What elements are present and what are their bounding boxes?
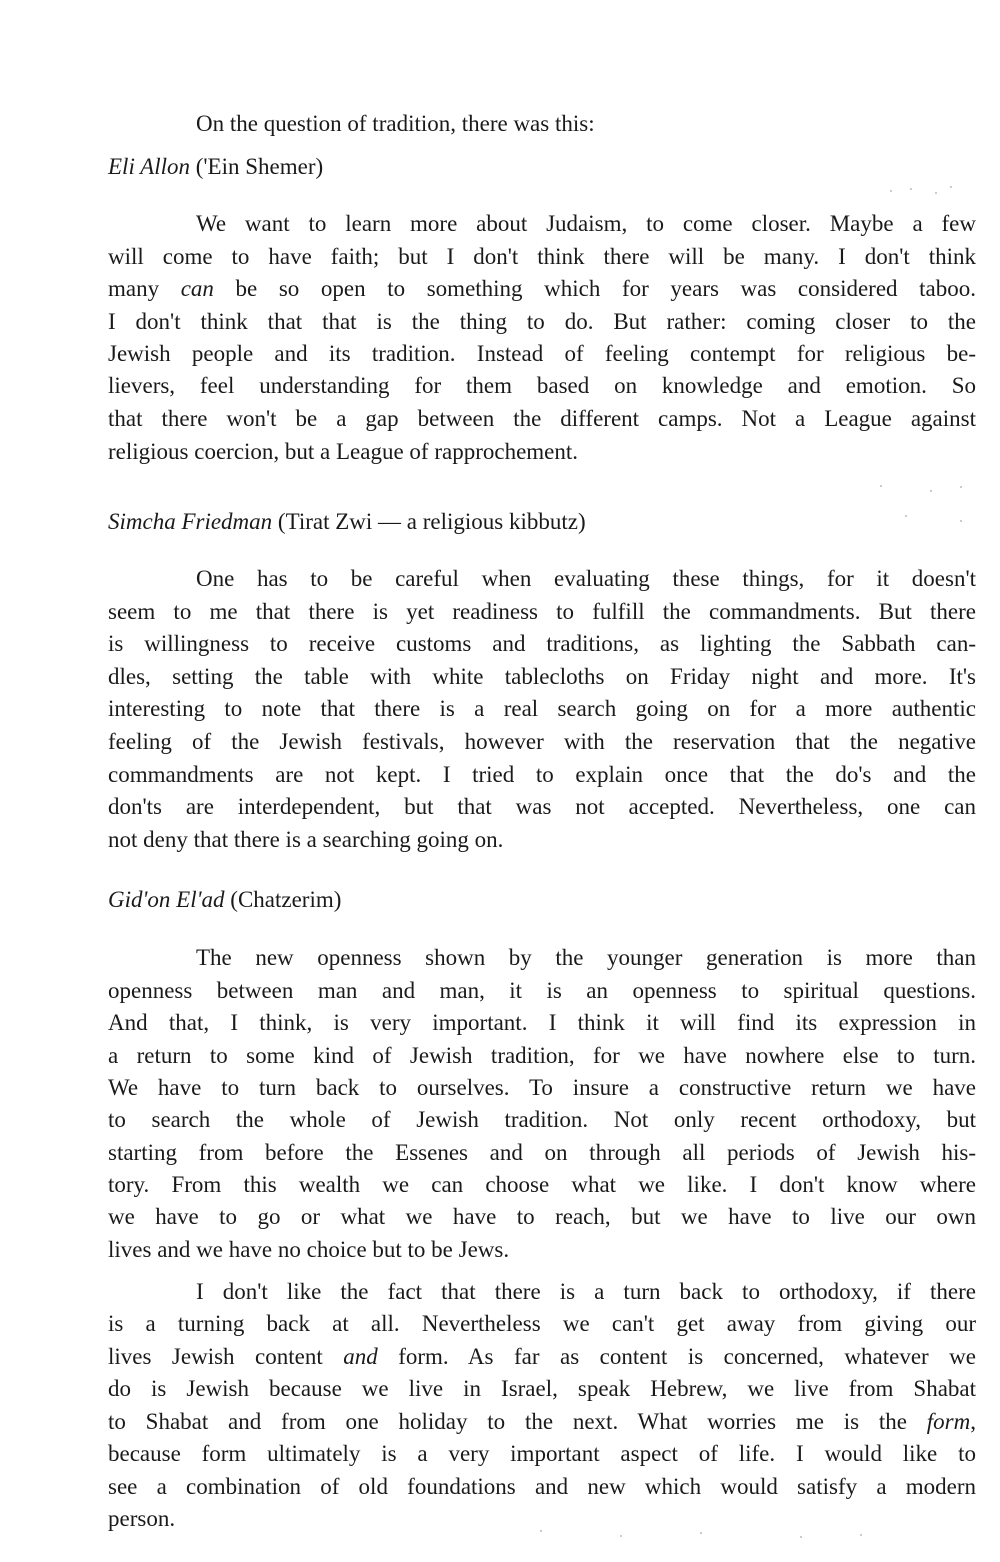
text-line: not deny that there is a searching going… — [108, 828, 503, 851]
text-run: don'ts are interdependent, but that was … — [108, 794, 976, 819]
text-run: starting from before the Essenes and on … — [108, 1140, 976, 1165]
text-line: I don't think that that is the thing to … — [108, 310, 976, 336]
text-line: We have to turn back to ourselves. To in… — [108, 1076, 976, 1102]
scan-speck — [880, 485, 882, 487]
text-line: is a turning back at all. Nevertheless w… — [108, 1312, 976, 1338]
emphasis: can — [181, 276, 214, 301]
text-run: many — [108, 276, 181, 301]
text-line: because form ultimately is a very import… — [108, 1442, 976, 1468]
scan-speck — [960, 520, 962, 522]
text-line: dles, setting the table with white table… — [108, 665, 976, 691]
text-line: feeling of the Jewish festivals, however… — [108, 730, 976, 756]
speaker-heading: Gid'on El'ad (Chatzerim) — [108, 888, 341, 911]
text-run: We want to learn more about Judaism, to … — [196, 211, 976, 236]
text-line: The new openness shown by the younger ge… — [196, 946, 976, 972]
text-line: lievers, feel understanding for them bas… — [108, 374, 976, 400]
text-line: a return to some kind of Jewish traditio… — [108, 1044, 976, 1070]
text-line: many can be so open to something which f… — [108, 277, 976, 303]
text-run: will come to have faith; but I don't thi… — [108, 244, 976, 269]
text-run: to Shabat and from one holiday to the ne… — [108, 1409, 927, 1434]
emphasis: form — [927, 1409, 970, 1434]
text-run: form. As far as content is concerned, wh… — [378, 1344, 976, 1369]
text-line: I don't like the fact that there is a tu… — [196, 1280, 976, 1306]
text-line: openness between man and man, it is an o… — [108, 979, 976, 1005]
scan-speck — [800, 1536, 802, 1538]
text-line: We want to learn more about Judaism, to … — [196, 212, 976, 238]
scan-speck — [700, 1532, 702, 1534]
text-run: I don't like the fact that there is a tu… — [196, 1279, 976, 1304]
text-run: openness between man and man, it is an o… — [108, 978, 976, 1003]
text-line: to Shabat and from one holiday to the ne… — [108, 1410, 976, 1436]
text-line: lives Jewish content and form. As far as… — [108, 1345, 976, 1371]
text-line: to search the whole of Jewish tradition.… — [108, 1108, 976, 1134]
text-run: The new openness shown by the younger ge… — [196, 945, 976, 970]
text-line: lives and we have no choice but to be Je… — [108, 1238, 509, 1261]
text-line: don'ts are interdependent, but that was … — [108, 795, 976, 821]
text-line: religious coercion, but a League of rapp… — [108, 440, 578, 463]
text-run: is willingness to receive customs and tr… — [108, 631, 976, 656]
text-run: to search the whole of Jewish tradition.… — [108, 1107, 976, 1132]
text-run: see a combination of old foundations and… — [108, 1474, 976, 1499]
text-run: lives and we have no choice but to be Je… — [108, 1237, 509, 1262]
text-line: tory. From this wealth we can choose wha… — [108, 1173, 976, 1199]
scan-speck — [620, 1535, 622, 1537]
text-run: lives Jewish content — [108, 1344, 343, 1369]
text-run: I don't think that that is the thing to … — [108, 309, 976, 334]
text-line: starting from before the Essenes and on … — [108, 1141, 976, 1167]
text-line: seem to me that there is yet readiness t… — [108, 600, 976, 626]
text-run: commandments are not kept. I tried to ex… — [108, 762, 976, 787]
text-run: , — [970, 1409, 976, 1434]
speaker-name: Simcha Friedman — [108, 509, 272, 534]
text-line: see a combination of old foundations and… — [108, 1475, 976, 1501]
text-line: Jewish people and its tradition. Instead… — [108, 342, 976, 368]
book-page: On the question of tradition, there was … — [0, 0, 1000, 1562]
text-line: commandments are not kept. I tried to ex… — [108, 763, 976, 789]
text-line: that there won't be a gap between the di… — [108, 407, 976, 433]
text-run: And that, I think, is very important. I … — [108, 1010, 976, 1035]
text-line: interesting to note that there is a real… — [108, 697, 976, 723]
speaker-heading: Eli Allon ('Ein Shemer) — [108, 155, 323, 178]
speaker-heading: Simcha Friedman (Tirat Zwi — a religious… — [108, 510, 586, 533]
speaker-name: Gid'on El'ad — [108, 887, 225, 912]
speaker-place: (Tirat Zwi — a religious kibbutz) — [272, 509, 585, 534]
text-run: feeling of the Jewish festivals, however… — [108, 729, 976, 754]
text-run: not deny that there is a searching going… — [108, 827, 503, 852]
scan-speck — [910, 188, 912, 190]
text-run: person. — [108, 1506, 175, 1531]
text-run: One has to be careful when evaluating th… — [196, 566, 976, 591]
text-line: One has to be careful when evaluating th… — [196, 567, 976, 593]
scan-speck — [950, 186, 952, 188]
text-line: And that, I think, is very important. I … — [108, 1011, 976, 1037]
scan-speck — [930, 490, 932, 492]
scan-speck — [905, 515, 907, 517]
text-run: that there won't be a gap between the di… — [108, 406, 976, 431]
speaker-place: (Chatzerim) — [225, 887, 342, 912]
speaker-name: Eli Allon — [108, 154, 190, 179]
text-run: interesting to note that there is a real… — [108, 696, 976, 721]
emphasis: and — [343, 1344, 378, 1369]
text-run: we have to go or what we have to reach, … — [108, 1204, 976, 1229]
text-run: dles, setting the table with white table… — [108, 664, 976, 689]
text-run: is a turning back at all. Nevertheless w… — [108, 1311, 976, 1336]
text-run: be so open to something which for years … — [214, 276, 976, 301]
text-line: do is Jewish because we live in Israel, … — [108, 1377, 976, 1403]
text-run: because form ultimately is a very import… — [108, 1441, 976, 1466]
text-run: seem to me that there is yet readiness t… — [108, 599, 976, 624]
text-run: do is Jewish because we live in Israel, … — [108, 1376, 976, 1401]
scan-speck — [960, 486, 962, 488]
text-run: We have to turn back to ourselves. To in… — [108, 1075, 976, 1100]
text-line: is willingness to receive customs and tr… — [108, 632, 976, 658]
text-line: will come to have faith; but I don't thi… — [108, 245, 976, 271]
text-run: religious coercion, but a League of rapp… — [108, 439, 578, 464]
text-run: lievers, feel understanding for them bas… — [108, 373, 976, 398]
speaker-place: ('Ein Shemer) — [190, 154, 323, 179]
scan-speck — [890, 190, 892, 192]
text-line: person. — [108, 1507, 175, 1530]
intro-text: On the question of tradition, there was … — [196, 112, 595, 135]
scan-speck — [540, 1530, 542, 1532]
text-run: tory. From this wealth we can choose wha… — [108, 1172, 976, 1197]
scan-speck — [860, 1534, 862, 1536]
scan-speck — [935, 192, 937, 194]
text-line: we have to go or what we have to reach, … — [108, 1205, 976, 1231]
text-run: Jewish people and its tradition. Instead… — [108, 341, 976, 366]
text-run: a return to some kind of Jewish traditio… — [108, 1043, 976, 1068]
